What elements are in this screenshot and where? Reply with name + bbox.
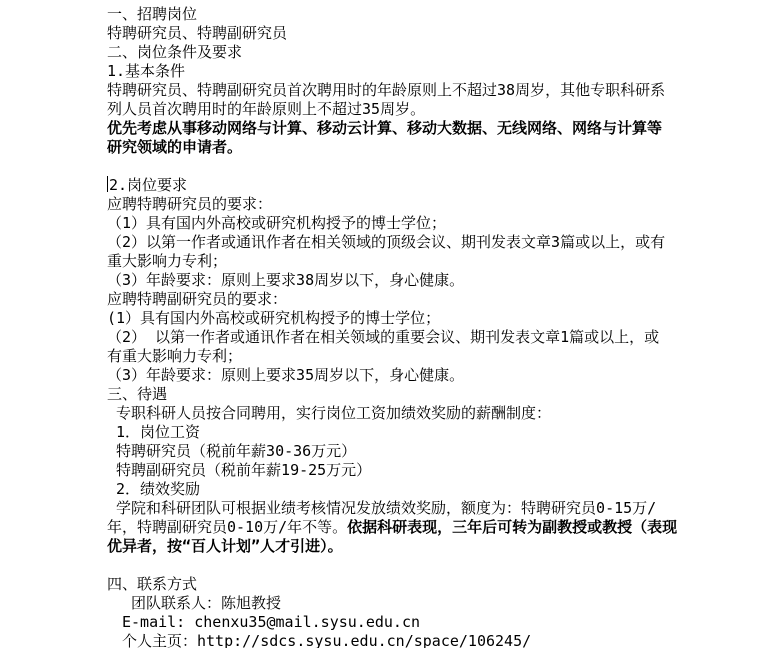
blank-line	[107, 556, 757, 575]
text-line: 应聘特聘副研究员的要求：	[107, 290, 757, 309]
text-segment: 特聘副研究员（税前年薪19-25万元）	[107, 461, 371, 479]
text-line: 一、招聘岗位	[107, 5, 757, 24]
text-segment: 列人员首次聘用时的年龄原则上不超过35周岁。	[107, 100, 425, 118]
text-segment: 年，特聘副研究员0-10万/年不等。	[107, 518, 347, 536]
text-line: （3）年龄要求：原则上要求38周岁以下，身心健康。	[107, 271, 757, 290]
text-line: 优异者，按“百人计划”人才引进）。	[107, 537, 757, 556]
text-segment: 研究领域的申请者。	[107, 138, 242, 156]
text-line: 二、岗位条件及要求	[107, 43, 757, 62]
text-line: （1）具有国内外高校或研究机构授予的博士学位；	[107, 214, 757, 233]
text-line: 年，特聘副研究员0-10万/年不等。依据科研表现，三年后可转为副教授或教授（表现	[107, 518, 757, 537]
text-segment: （2）以第一作者或通讯作者在相关领域的顶级会议、期刊发表文章3篇或以上，或有	[107, 233, 665, 251]
text-line: 团队联系人：陈旭教授	[107, 594, 757, 613]
text-line: 四、联系方式	[107, 575, 757, 594]
text-line: （3）年龄要求：原则上要求35周岁以下，身心健康。	[107, 366, 757, 385]
text-line: 2．绩效奖励	[107, 480, 757, 499]
text-line: 2.岗位要求	[107, 176, 757, 195]
text-line: 优先考虑从事移动网络与计算、移动云计算、移动大数据、无线网络、网络与计算等	[107, 119, 757, 138]
document-text-area[interactable]: 一、招聘岗位特聘研究员、特聘副研究员二、岗位条件及要求1.基本条件特聘研究员、特…	[107, 5, 757, 648]
text-segment: 2．绩效奖励	[107, 480, 200, 498]
text-segment: 优异者，按“百人计划”人才引进）。	[107, 537, 343, 555]
text-segment: 特聘研究员、特聘副研究员首次聘用时的年龄原则上不超过38周岁，其他专职科研系	[107, 81, 665, 99]
text-segment: 特聘研究员、特聘副研究员	[107, 24, 287, 42]
text-segment: 重大影响力专利；	[107, 252, 227, 270]
text-line: (1）具有国内外高校或研究机构授予的博士学位；	[107, 309, 757, 328]
text-segment: （3）年龄要求：原则上要求35周岁以下，身心健康。	[107, 366, 464, 384]
text-segment: 个人主页：http://sdcs.sysu.edu.cn/space/10624…	[107, 632, 531, 648]
text-segment: （2） 以第一作者或通讯作者在相关领域的重要会议、期刊发表文章1篇或以上，或	[107, 328, 659, 346]
text-cursor	[107, 176, 108, 192]
text-line: 列人员首次聘用时的年龄原则上不超过35周岁。	[107, 100, 757, 119]
document-page[interactable]: 一、招聘岗位特聘研究员、特聘副研究员二、岗位条件及要求1.基本条件特聘研究员、特…	[0, 0, 775, 648]
text-line: （2）以第一作者或通讯作者在相关领域的顶级会议、期刊发表文章3篇或以上，或有	[107, 233, 757, 252]
text-segment: （1）具有国内外高校或研究机构授予的博士学位；	[107, 214, 446, 232]
text-line: 专职科研人员按合同聘用，实行岗位工资加绩效奖励的薪酬制度：	[107, 404, 757, 423]
text-segment: 优先考虑从事移动网络与计算、移动云计算、移动大数据、无线网络、网络与计算等	[107, 119, 662, 137]
text-segment: 1．岗位工资	[107, 423, 200, 441]
text-line: 个人主页：http://sdcs.sysu.edu.cn/space/10624…	[107, 632, 757, 648]
text-line: 1.基本条件	[107, 62, 757, 81]
text-segment: （3）年龄要求：原则上要求38周岁以下，身心健康。	[107, 271, 464, 289]
text-segment: 1.基本条件	[107, 62, 185, 80]
text-line: 应聘特聘研究员的要求：	[107, 195, 757, 214]
text-segment: 特聘研究员（税前年薪30-36万元）	[107, 442, 356, 460]
text-segment: 团队联系人：陈旭教授	[107, 594, 281, 612]
text-segment: 应聘特聘副研究员的要求：	[107, 290, 287, 308]
text-segment: E-mail: chenxu35@mail.sysu.edu.cn	[107, 613, 420, 631]
text-segment: 学院和科研团队可根据业绩考核情况发放绩效奖励，额度为：特聘研究员0-15万/	[107, 499, 656, 517]
text-segment: 二、岗位条件及要求	[107, 43, 242, 61]
text-line: 有重大影响力专利；	[107, 347, 757, 366]
text-segment: 一、招聘岗位	[107, 5, 197, 23]
text-segment: 三、待遇	[107, 385, 167, 403]
text-segment: 专职科研人员按合同聘用，实行岗位工资加绩效奖励的薪酬制度：	[107, 404, 551, 422]
text-segment: (1）具有国内外高校或研究机构授予的博士学位；	[107, 309, 440, 327]
text-line: 研究领域的申请者。	[107, 138, 757, 157]
text-line: 学院和科研团队可根据业绩考核情况发放绩效奖励，额度为：特聘研究员0-15万/	[107, 499, 757, 518]
text-line: 特聘副研究员（税前年薪19-25万元）	[107, 461, 757, 480]
text-line: 1．岗位工资	[107, 423, 757, 442]
text-segment: 依据科研表现，三年后可转为副教授或教授（表现	[347, 518, 677, 536]
text-line: 特聘研究员、特聘副研究员	[107, 24, 757, 43]
text-segment: 四、联系方式	[107, 575, 197, 593]
text-line: 特聘研究员（税前年薪30-36万元）	[107, 442, 757, 461]
text-segment: 2.岗位要求	[109, 176, 187, 194]
text-segment: 应聘特聘研究员的要求：	[107, 195, 272, 213]
text-segment: 有重大影响力专利；	[107, 347, 242, 365]
text-line: 特聘研究员、特聘副研究员首次聘用时的年龄原则上不超过38周岁，其他专职科研系	[107, 81, 757, 100]
text-line: （2） 以第一作者或通讯作者在相关领域的重要会议、期刊发表文章1篇或以上，或	[107, 328, 757, 347]
blank-line	[107, 157, 757, 176]
text-line: 重大影响力专利；	[107, 252, 757, 271]
text-line: 三、待遇	[107, 385, 757, 404]
text-line: E-mail: chenxu35@mail.sysu.edu.cn	[107, 613, 757, 632]
